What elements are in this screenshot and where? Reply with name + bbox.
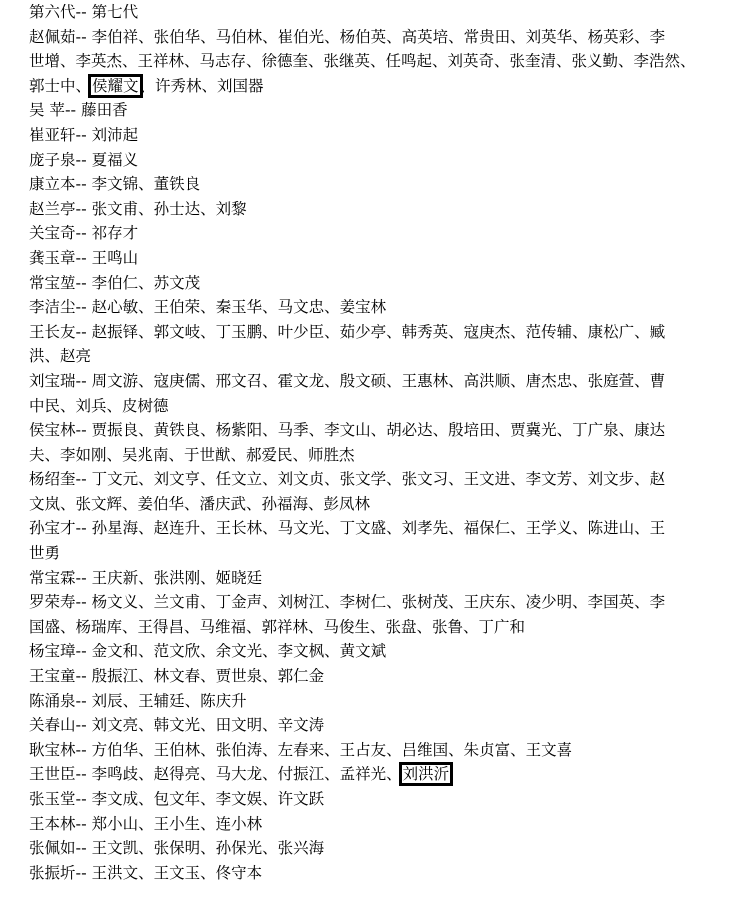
disciples: 李伯祥、张伯华、马伯林、崔伯光、杨伯英、高英培、常贵田、刘英华、杨英彩、李 xyxy=(92,28,666,46)
entry-line: 耿宝林-- 方伯华、王伯林、张伯涛、左春来、王占友、吕维国、朱贞富、王文喜 xyxy=(29,738,719,763)
disciples: 赵心敏、王伯荣、秦玉华、马文忠、姜宝林 xyxy=(92,298,387,316)
disciples: 国盛、杨瑞库、王得昌、马维福、郭祥林、马俊生、张盘、张鲁、丁广和 xyxy=(29,618,525,636)
master-name: 李洁尘 xyxy=(29,298,76,316)
master-name: 张玉堂 xyxy=(29,790,76,808)
disciples: 王文凯、张保明、孙保光、张兴海 xyxy=(92,839,325,857)
header-seventh-generation: 第七代 xyxy=(92,3,139,21)
entry-line: 陈涌泉-- 刘辰、王辅廷、陈庆升 xyxy=(29,689,719,714)
disciples: 刘辰、王辅廷、陈庆升 xyxy=(92,692,247,710)
disciples: 文岚、张文辉、姜伯华、潘庆武、孙福海、彭凤林 xyxy=(29,495,370,513)
master-name: 关宝奇 xyxy=(29,224,76,242)
disciples: 夏福义 xyxy=(92,151,139,169)
lineage-document: 第六代-- 第七代 赵佩茹-- 李伯祥、张伯华、马伯林、崔伯光、杨伯英、高英培、… xyxy=(29,0,719,885)
entry-line: 赵佩茹-- 李伯祥、张伯华、马伯林、崔伯光、杨伯英、高英培、常贵田、刘英华、杨英… xyxy=(29,25,719,50)
disciples: 金文和、范文欣、余文光、李文枫、黄文斌 xyxy=(92,642,387,660)
entry-line: 王宝童-- 殷振江、林文春、贾世泉、郭仁金 xyxy=(29,664,719,689)
disciples: 刘文亮、韩文光、田文明、辛文涛 xyxy=(92,716,325,734)
disciples: 李文锦、董铁良 xyxy=(92,175,201,193)
entry-line: 赵兰亭-- 张文甫、孙士达、刘黎 xyxy=(29,197,719,222)
entry-continuation: 世勇 xyxy=(29,541,719,566)
master-name: 王长友 xyxy=(29,323,76,341)
disciples: 赵振铎、郭文岐、丁玉鹏、叶少臣、茹少亭、韩秀英、寇庚杰、范传辅、康松广、臧 xyxy=(92,323,666,341)
entry-continuation: 洪、赵亮 xyxy=(29,344,719,369)
master-name: 孙宝才 xyxy=(29,519,76,537)
master-name: 赵兰亭 xyxy=(29,200,76,218)
disciples: 刘沛起 xyxy=(92,126,139,144)
master-name: 王世臣 xyxy=(29,765,76,783)
master-name: 常宝霖 xyxy=(29,569,76,587)
entry-line: 崔亚轩-- 刘沛起 xyxy=(29,123,719,148)
entry-line: 张玉堂-- 李文成、包文年、李文娱、许文跃 xyxy=(29,787,719,812)
disciples: 夫、李如刚、吴兆南、于世猷、郝爱民、师胜杰 xyxy=(29,446,355,464)
master-name: 张佩如 xyxy=(29,839,76,857)
master-name: 耿宝林 xyxy=(29,741,76,759)
entry-line: 张佩如-- 王文凯、张保明、孙保光、张兴海 xyxy=(29,836,719,861)
disciples: 祁存才 xyxy=(92,224,139,242)
master-name: 杨绍奎 xyxy=(29,470,76,488)
master-name: 杨宝璋 xyxy=(29,642,76,660)
highlighted-name-box: 刘洪沂 xyxy=(402,765,451,783)
entry-line: 罗荣寿-- 杨文义、兰文甫、丁金声、刘树江、李树仁、张树茂、王庆东、凌少明、李国… xyxy=(29,590,719,615)
entry-line: 王本林-- 郑小山、王小生、连小林 xyxy=(29,812,719,837)
entry-line: 孙宝才-- 孙星海、赵连升、王长林、马文光、丁文盛、刘孝先、福保仁、王学义、陈进… xyxy=(29,516,719,541)
entry-line: 张振圻-- 王洪文、王文玉、佟守本 xyxy=(29,861,719,886)
disciples: 中民、刘兵、皮树德 xyxy=(29,397,169,415)
master-name: 张振圻 xyxy=(29,864,76,882)
entry-line: 李洁尘-- 赵心敏、王伯荣、秦玉华、马文忠、姜宝林 xyxy=(29,295,719,320)
master-name: 吴 苹 xyxy=(29,101,65,119)
entry-line: 吴 苹-- 藤田香 xyxy=(29,98,719,123)
entry-continuation: 郭士中、侯耀文、许秀林、刘国器 xyxy=(29,74,719,99)
entry-line: 侯宝林-- 贾振良、黄铁良、杨紫阳、马季、李文山、胡必达、殷培田、贾冀光、丁广泉… xyxy=(29,418,719,443)
disciples: 世勇 xyxy=(29,544,60,562)
entry-line: 关春山-- 刘文亮、韩文光、田文明、辛文涛 xyxy=(29,713,719,738)
disciples: 王洪文、王文玉、佟守本 xyxy=(92,864,263,882)
entry-continuation: 文岚、张文辉、姜伯华、潘庆武、孙福海、彭凤林 xyxy=(29,492,719,517)
disciples: 郑小山、王小生、连小林 xyxy=(92,815,263,833)
master-name: 康立本 xyxy=(29,175,76,193)
disciples: 藤田香 xyxy=(81,101,128,119)
master-name: 庞子泉 xyxy=(29,151,76,169)
disciples: 李文成、包文年、李文娱、许文跃 xyxy=(92,790,325,808)
entry-line: 关宝奇-- 祁存才 xyxy=(29,221,719,246)
disciples: 、许秀林、刘国器 xyxy=(140,77,264,95)
disciples: 王庆新、张洪刚、姬晓廷 xyxy=(92,569,263,587)
entry-line: 常宝霖-- 王庆新、张洪刚、姬晓廷 xyxy=(29,566,719,591)
entry-continuation: 世增、李英杰、王祥林、马志存、徐德奎、张继英、任鸣起、刘英奇、张奎清、张义勤、李… xyxy=(29,49,719,74)
entry-line: 龚玉章-- 王鸣山 xyxy=(29,246,719,271)
disciples: 孙星海、赵连升、王长林、马文光、丁文盛、刘孝先、福保仁、王学义、陈进山、王 xyxy=(92,519,666,537)
disciples: 周文游、寇庚儒、邢文召、霍文龙、殷文硕、王惠林、高洪顺、唐杰忠、张庭萱、曹 xyxy=(92,372,666,390)
header-sixth-generation: 第六代-- xyxy=(29,3,87,21)
master-name: 罗荣寿 xyxy=(29,593,76,611)
master-name: 关春山 xyxy=(29,716,76,734)
master-name: 陈涌泉 xyxy=(29,692,76,710)
disciples: 李伯仁、苏文茂 xyxy=(92,274,201,292)
disciples: 王鸣山 xyxy=(92,249,139,267)
entry-line: 杨宝璋-- 金文和、范文欣、余文光、李文枫、黄文斌 xyxy=(29,639,719,664)
disciples: 张文甫、孙士达、刘黎 xyxy=(92,200,247,218)
disciples: 丁文元、刘文亨、任文立、刘文贞、张文学、张文习、王文进、李文芳、刘文步、赵 xyxy=(92,470,666,488)
disciples: 贾振良、黄铁良、杨紫阳、马季、李文山、胡必达、殷培田、贾冀光、丁广泉、康达 xyxy=(92,421,666,439)
header-line: 第六代-- 第七代 xyxy=(29,0,719,25)
entry-line: 康立本-- 李文锦、董铁良 xyxy=(29,172,719,197)
disciples: 世增、李英杰、王祥林、马志存、徐德奎、张继英、任鸣起、刘英奇、张奎清、张义勤、李… xyxy=(29,52,696,70)
master-name: 龚玉章 xyxy=(29,249,76,267)
entry-line: 王世臣-- 李鸣歧、赵得亮、马大龙、付振江、孟祥光、刘洪沂 xyxy=(29,762,719,787)
entry-line: 庞子泉-- 夏福义 xyxy=(29,148,719,173)
master-name: 崔亚轩 xyxy=(29,126,76,144)
master-name: 王宝童 xyxy=(29,667,76,685)
entry-line: 王长友-- 赵振铎、郭文岐、丁玉鹏、叶少臣、茹少亭、韩秀英、寇庚杰、范传辅、康松… xyxy=(29,320,719,345)
entry-line: 常宝堃-- 李伯仁、苏文茂 xyxy=(29,271,719,296)
disciples: 方伯华、王伯林、张伯涛、左春来、王占友、吕维国、朱贞富、王文喜 xyxy=(92,741,573,759)
master-name: 赵佩茹 xyxy=(29,28,76,46)
disciples: 杨文义、兰文甫、丁金声、刘树江、李树仁、张树茂、王庆东、凌少明、李国英、李 xyxy=(92,593,666,611)
entry-continuation: 国盛、杨瑞库、王得昌、马维福、郭祥林、马俊生、张盘、张鲁、丁广和 xyxy=(29,615,719,640)
entry-line: 杨绍奎-- 丁文元、刘文亨、任文立、刘文贞、张文学、张文习、王文进、李文芳、刘文… xyxy=(29,467,719,492)
highlighted-name-box: 侯耀文 xyxy=(91,77,140,95)
disciples: 郭士中、 xyxy=(29,77,91,95)
entry-continuation: 夫、李如刚、吴兆南、于世猷、郝爱民、师胜杰 xyxy=(29,443,719,468)
entry-continuation: 中民、刘兵、皮树德 xyxy=(29,394,719,419)
master-name: 王本林 xyxy=(29,815,76,833)
master-name: 侯宝林 xyxy=(29,421,76,439)
entry-line: 刘宝瑞-- 周文游、寇庚儒、邢文召、霍文龙、殷文硕、王惠林、高洪顺、唐杰忠、张庭… xyxy=(29,369,719,394)
disciples: 李鸣歧、赵得亮、马大龙、付振江、孟祥光、 xyxy=(92,765,402,783)
disciples: 洪、赵亮 xyxy=(29,347,91,365)
master-name: 常宝堃 xyxy=(29,274,76,292)
master-name: 刘宝瑞 xyxy=(29,372,76,390)
disciples: 殷振江、林文春、贾世泉、郭仁金 xyxy=(92,667,325,685)
